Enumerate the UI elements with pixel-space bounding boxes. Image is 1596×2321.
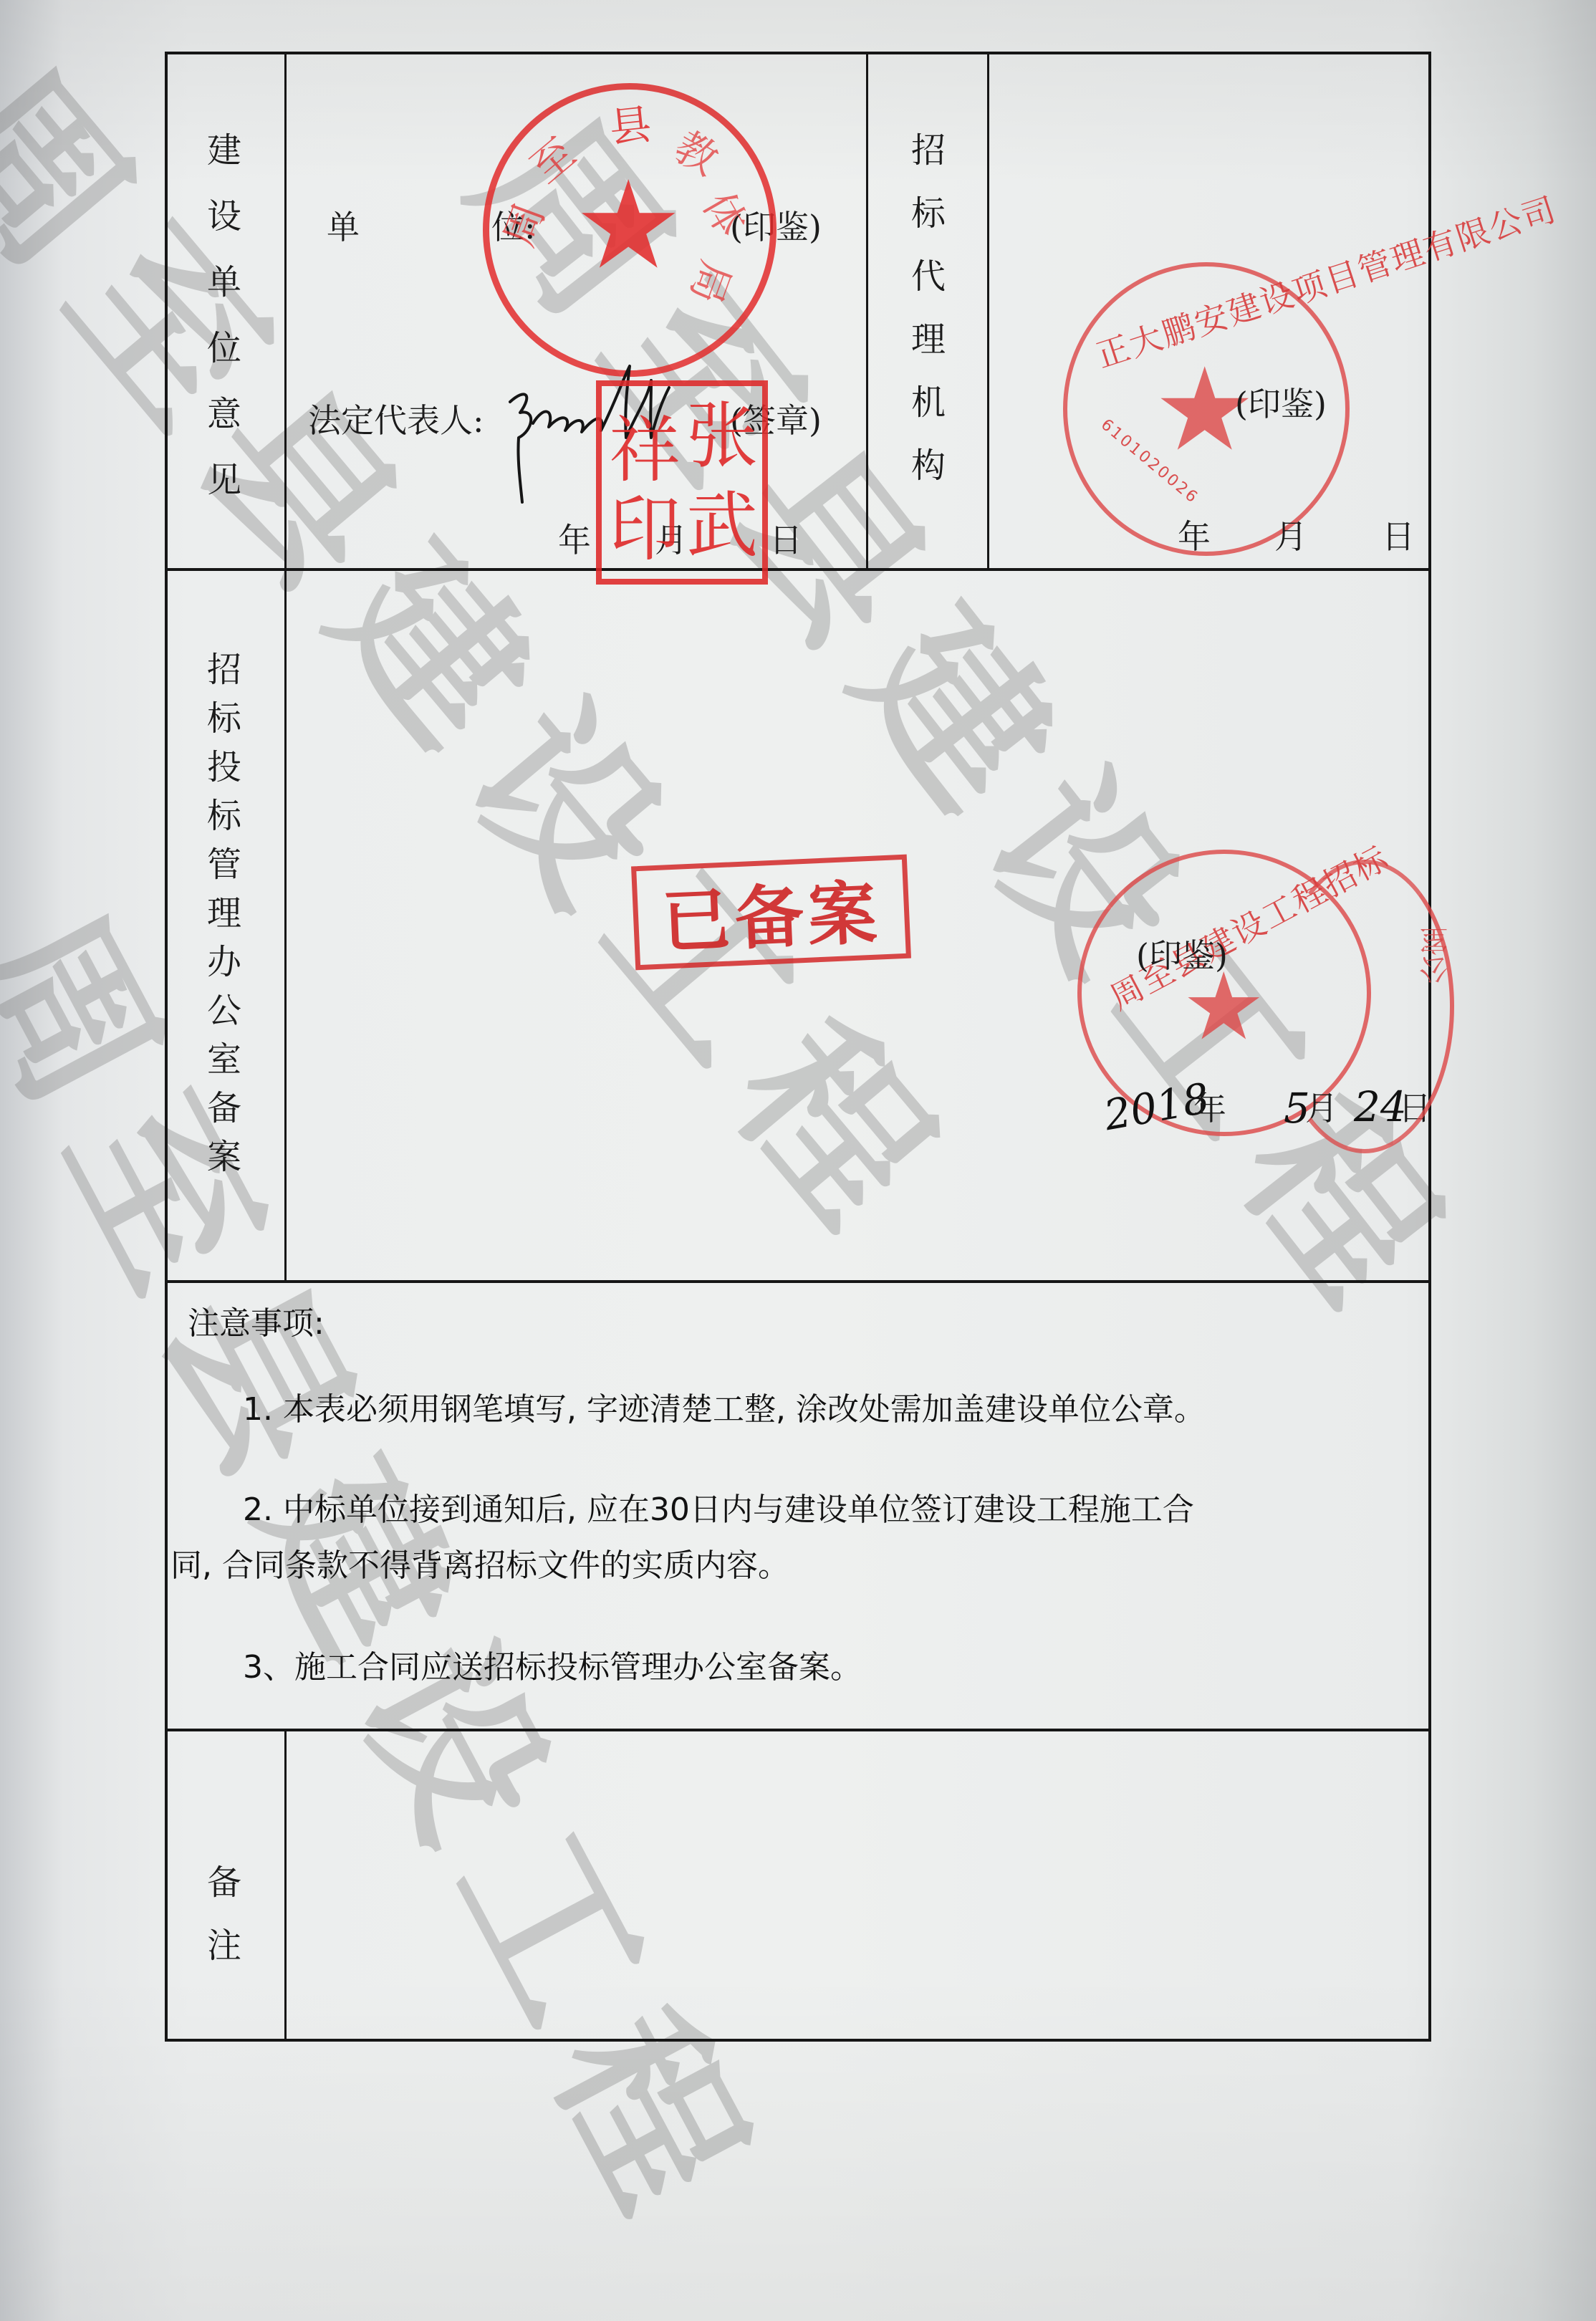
label-char: 注 xyxy=(207,1928,241,1963)
note-item-continuation: 同, 合同条款不得背离招标文件的实质内容。 xyxy=(170,1550,789,1582)
note-item: 1. 本表必须用钢笔填写, 字迹清楚工整, 涂改处需加盖建设单位公章。 xyxy=(243,1394,1206,1426)
label-char: 标 xyxy=(207,799,241,833)
label-char: 位 xyxy=(207,331,241,365)
filed-stamp: 已备案 xyxy=(631,855,911,971)
legal-representative-label: 法定代表人: xyxy=(308,404,484,437)
seal-char: 武 xyxy=(686,490,758,562)
legal-representative-name-seal: 张 武 祥 印 xyxy=(596,380,768,585)
label-char: 备 xyxy=(207,1865,241,1900)
column-divider xyxy=(284,54,287,568)
office-seal-hint: (印鉴) xyxy=(1136,939,1228,972)
label-char: 代 xyxy=(911,259,946,294)
label-char: 建 xyxy=(207,133,241,168)
label-char: 招 xyxy=(207,653,241,687)
construction-unit-opinion-label: 建设单位意见 xyxy=(207,133,241,497)
label-char: 见 xyxy=(207,463,241,497)
note-item: 2. 中标单位接到通知后, 应在30日内与建设单位签订建设工程施工合 xyxy=(243,1494,1194,1526)
seal-char: 张 xyxy=(686,400,758,472)
date-year-label: 年 xyxy=(1178,520,1211,553)
bidding-office-filing-label: 招标投标管理办公室备案 xyxy=(207,653,241,1174)
seal-text-illegible: 周 xyxy=(498,198,551,251)
bidding-agency-label: 招标代理机构 xyxy=(911,133,946,483)
label-char: 标 xyxy=(911,196,946,231)
date-day-label: 日 xyxy=(769,524,802,557)
label-char: 标 xyxy=(207,701,241,736)
seal-char: 祥 xyxy=(609,415,681,486)
label-char: 备 xyxy=(207,1091,241,1125)
seal-text: 县 xyxy=(607,103,653,149)
label-char: 招 xyxy=(911,133,946,168)
remarks-field[interactable] xyxy=(293,1734,1423,2035)
label-char: 理 xyxy=(207,896,241,931)
agency-seal-hint: (印鉴) xyxy=(1235,388,1327,421)
label-char: 办 xyxy=(207,945,241,979)
date-year-label: 年 xyxy=(558,524,591,557)
partial-edge-seal: 公室 xyxy=(1275,860,1454,1153)
label-char: 设 xyxy=(207,199,241,234)
label-char: 构 xyxy=(911,448,946,483)
note-item: 3、施工合同应送招标投标管理办公室备案。 xyxy=(243,1652,862,1683)
date-month-label: 月 xyxy=(1274,520,1307,553)
date-day-label: 日 xyxy=(1382,520,1415,553)
unit-official-seal: ★ 县 至 周 教 体 局 xyxy=(483,83,777,377)
notes-title: 注意事项: xyxy=(188,1308,325,1340)
row-divider xyxy=(168,1280,1428,1283)
label-char: 机 xyxy=(911,385,946,420)
label-char: 公 xyxy=(207,994,241,1028)
date-year-label: 年 xyxy=(1193,1092,1226,1125)
label-char: 管 xyxy=(207,847,241,882)
row-divider xyxy=(168,568,1428,571)
column-divider xyxy=(866,54,868,568)
column-divider xyxy=(284,1729,287,2042)
star-icon: ★ xyxy=(574,165,683,287)
label-char: 意 xyxy=(207,397,241,431)
seal-text-illegible: 体 xyxy=(696,186,753,242)
seal-char: 印 xyxy=(609,494,681,565)
label-char: 案 xyxy=(207,1140,241,1174)
remarks-label: 备注 xyxy=(207,1865,241,1963)
label-char: 理 xyxy=(911,322,946,357)
seal-text-illegible: 局 xyxy=(684,256,737,309)
label-char: 单 xyxy=(207,265,241,299)
label-char: 投 xyxy=(207,750,241,784)
label-char: 室 xyxy=(207,1042,241,1077)
edge-seal-text: 公室 xyxy=(1415,927,1456,984)
row-divider xyxy=(168,1729,1428,1731)
filing-form-table: 建设单位意见 单 位: (印鉴) 法定代表人: (签章) 年 月 日 ★ 县 至… xyxy=(165,52,1431,2042)
column-divider xyxy=(987,54,989,568)
column-divider xyxy=(284,568,287,1280)
